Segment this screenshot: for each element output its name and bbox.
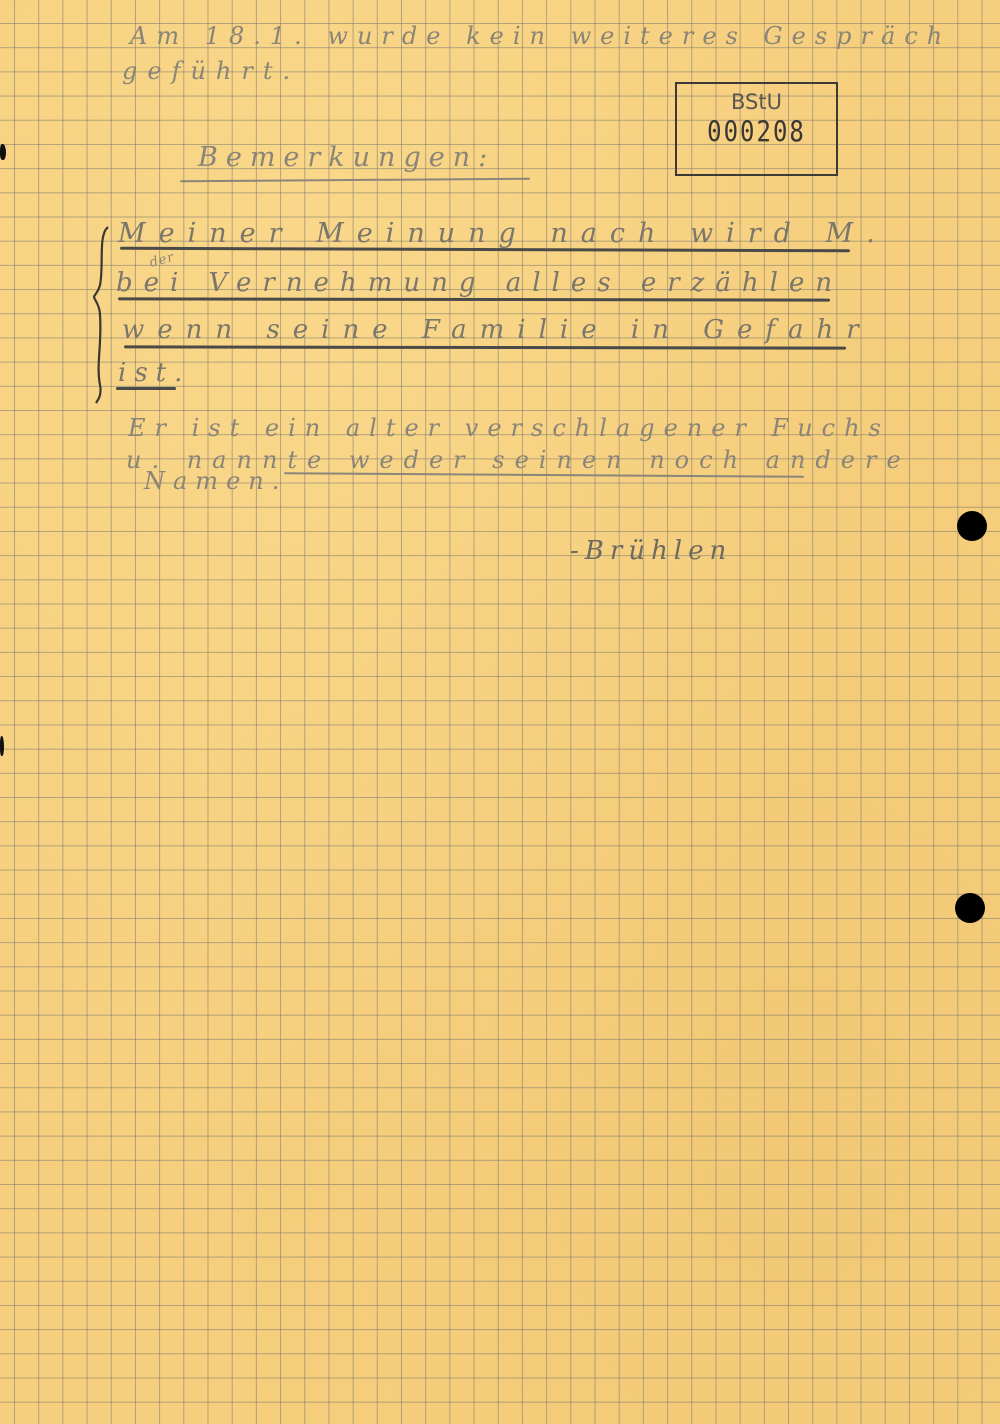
heading-underline bbox=[180, 178, 530, 182]
opening-line-2: geführt. bbox=[122, 57, 300, 85]
remark-line-3: wenn seine Familie in Gefahr bbox=[122, 315, 872, 345]
edge-mark-middle bbox=[0, 736, 4, 756]
opening-line-1: Am 18.1. wurde kein weiteres Gespräch bbox=[130, 22, 951, 50]
stamp-institution: BStU bbox=[677, 90, 836, 114]
remark-2-line-3: Namen. bbox=[144, 467, 287, 495]
curly-brace-mark bbox=[92, 225, 112, 405]
remark-underline-3 bbox=[124, 345, 846, 349]
edge-mark-top bbox=[0, 144, 6, 160]
stamp-number: 000208 bbox=[677, 115, 836, 149]
remarks-heading: Bemerkungen: bbox=[198, 142, 495, 173]
remark-underline-2 bbox=[118, 297, 830, 301]
archive-stamp: BStU 000208 bbox=[675, 82, 838, 176]
remark-2-line-1: Er ist ein alter verschlagener Fuchs bbox=[128, 414, 890, 442]
signature: -Brühlen bbox=[570, 536, 732, 566]
punch-hole-bottom bbox=[955, 893, 985, 923]
remark-underline-4 bbox=[116, 387, 176, 390]
remark-line-2: bei Vernehmung alles erzählen bbox=[116, 268, 843, 298]
punch-hole-top bbox=[957, 511, 987, 541]
remark-line-4: ist. bbox=[118, 358, 190, 388]
remark-line-1: Meiner Meinung nach wird M. bbox=[118, 218, 888, 249]
